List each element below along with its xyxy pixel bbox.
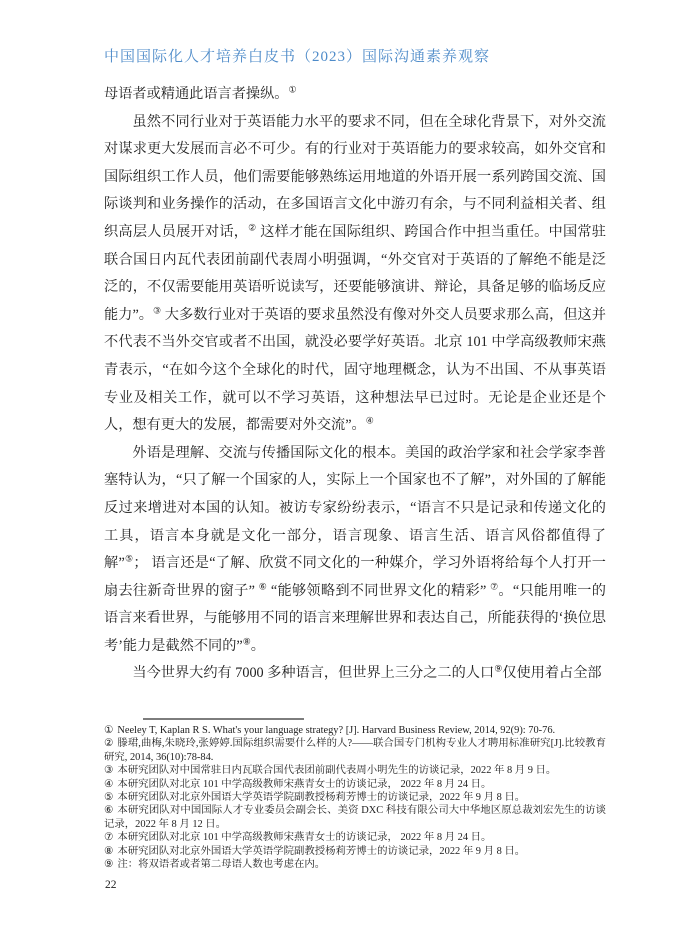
footnote-text: 本研究团队对北京外国语大学英语学院副教授杨莉芳博士的访谈记录，2022 年 9 … — [117, 846, 525, 857]
footnote-item: ⑦本研究团队对北京 101 中学高级教师宋燕青女士的访谈记录， 2022 年 8… — [104, 831, 606, 844]
footnote-marker: ⑨ — [104, 859, 113, 870]
footnote-text: 本研究团队对北京 101 中学高级教师宋燕青女士的访谈记录， 2022 年 8 … — [117, 779, 491, 790]
footnote-text: 本研究团队对中国常驻日内瓦联合国代表团前副代表周小明先生的访谈记录，2022 年… — [117, 765, 556, 776]
text-run: 虽然不同行业对于英语能力水平的要求不同，但在全球化背景下，对外交流对谋求更大发展… — [104, 114, 606, 240]
footnote-reference: ① — [288, 84, 296, 94]
footnote-item: ④本研究团队对北京 101 中学高级教师宋燕青女士的访谈记录， 2022 年 8… — [104, 778, 606, 791]
footnote-text: 本研究团队对北京 101 中学高级教师宋燕青女士的访谈记录， 2022 年 8 … — [117, 832, 491, 843]
text-run: 当今世界大约有 7000 多种语言，但世界上三分之二的人口 — [132, 665, 494, 681]
text-run: 大多数行业对于英语的要求虽然没有像对外交人员要求那么高，但这并不代表不当外交官或… — [104, 307, 606, 433]
paragraph: 母语者或精通此语言者操纵。① — [104, 81, 606, 109]
paragraph: 外语是理解、交流与传播国际文化的根本。美国的政治学家和社会学家李普塞特认为，“只… — [104, 440, 606, 661]
footnote-text: 滕珺,曲梅,朱晓玲,张婷婷.国际组织需要什么样的人?——联合国专门机构专业人才聘… — [104, 738, 606, 762]
text-run: 母语者或精通此语言者操纵。 — [104, 86, 288, 102]
footnote-reference: ⑧ — [243, 636, 251, 646]
footnote-reference: ⑥ — [259, 581, 267, 591]
body-text: 母语者或精通此语言者操纵。①虽然不同行业对于英语能力水平的要求不同，但在全球化背… — [104, 81, 606, 706]
footnote-item: ⑤本研究团队对北京外国语大学英语学院副教授杨莉芳博士的访谈记录，2022 年 9… — [104, 791, 606, 804]
footnotes: ①Neeley T, Kaplan R S. What's your langu… — [104, 724, 606, 871]
paragraph: 当今世界大约有 7000 多种语言，但世界上三分之二的人口⑨仅使用着占全部 — [104, 660, 606, 688]
footnote-marker: ⑦ — [104, 832, 113, 843]
text-run: 外语是理解、交流与传播国际文化的根本。美国的政治学家和社会学家李普塞特认为，“只… — [104, 445, 606, 571]
text-run: 仅使用着占全部 — [502, 665, 601, 681]
footnote-reference: ③ — [153, 305, 161, 315]
footnote-item: ⑨注：将双语者或者第二母语人数也考虑在内。 — [104, 858, 606, 871]
footnote-marker: ⑤ — [104, 792, 113, 803]
document-page: 中国国际化人才培养白皮书（2023）国际沟通素养观察 母语者或精通此语言者操纵。… — [0, 0, 700, 951]
footnote-marker: ⑥ — [104, 805, 113, 816]
footnote-separator — [143, 718, 304, 720]
footnote-marker: ⑧ — [104, 846, 113, 857]
page-header-title: 中国国际化人才培养白皮书（2023）国际沟通素养观察 — [104, 45, 606, 66]
page-number: 22 — [105, 879, 117, 891]
footnote-text: 本研究团队对中国国际人才专业委员会副会长、美资 DXC 科技有限公司大中华地区原… — [104, 805, 606, 829]
footnote-marker: ② — [104, 738, 113, 749]
footnote-marker: ④ — [104, 779, 113, 790]
text-run: 。 — [251, 638, 265, 654]
footnote-marker: ③ — [104, 765, 113, 776]
footnote-reference: ④ — [366, 415, 374, 425]
paragraph: 虽然不同行业对于英语能力水平的要求不同，但在全球化背景下，对外交流对谋求更大发展… — [104, 109, 606, 440]
footnote-item: ③本研究团队对中国常驻日内瓦联合国代表团前副代表周小明先生的访谈记录，2022 … — [104, 764, 606, 777]
footnote-text: 注：将双语者或者第二母语人数也考虑在内。 — [117, 859, 325, 870]
footnote-item: ①Neeley T, Kaplan R S. What's your langu… — [104, 724, 606, 737]
text-run: “能够领略到不同世界文化的精彩” — [267, 583, 490, 599]
footnote-item: ⑥本研究团队对中国国际人才专业委员会副会长、美资 DXC 科技有限公司大中华地区… — [104, 804, 606, 831]
footnote-item: ⑧本研究团队对北京外国语大学英语学院副教授杨莉芳博士的访谈记录，2022 年 9… — [104, 845, 606, 858]
footnote-text: Neeley T, Kaplan R S. What's your langua… — [117, 725, 555, 736]
footnote-text: 本研究团队对北京外国语大学英语学院副教授杨莉芳博士的访谈记录，2022 年 9 … — [117, 792, 525, 803]
footnote-item: ②滕珺,曲梅,朱晓玲,张婷婷.国际组织需要什么样的人?——联合国专门机构专业人才… — [104, 737, 606, 764]
footnote-marker: ① — [104, 725, 113, 736]
